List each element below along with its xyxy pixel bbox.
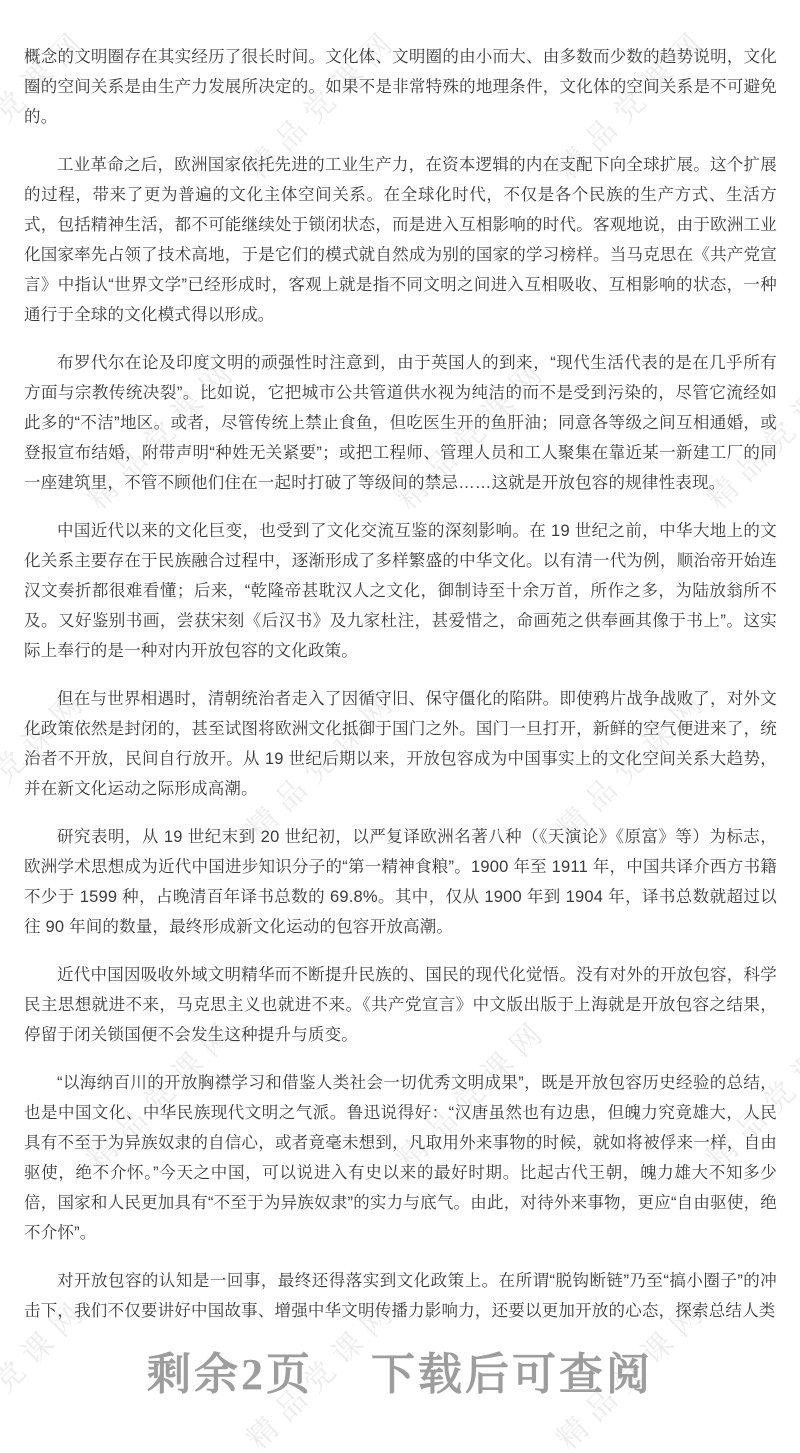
document-content: 概念的文明圈存在其实经历了很长时间。文化体、文明圈的由小而大、由多数而少数的趋势… bbox=[24, 42, 777, 1344]
paragraph: 中国近代以来的文化巨变，也受到了文化交流互鉴的深刻影响。在 19 世纪之前，中华… bbox=[24, 516, 777, 666]
paragraph: 概念的文明圈存在其实经历了很长时间。文化体、文明圈的由小而大、由多数而少数的趋势… bbox=[24, 42, 777, 132]
remaining-pages-banner: 剩余2页下载后可查阅 bbox=[0, 1338, 800, 1402]
document-page: 精品党课网精品党课网精品党课网精品党课网精品党课网精品党课网精品党课网精品党课网… bbox=[0, 0, 800, 1453]
paragraph: 布罗代尔在论及印度文明的顽强性时注意到，由于英国人的到来，“现代生活代表的是在几… bbox=[24, 348, 777, 498]
paragraph: 工业革命之后，欧洲国家依托先进的工业生产力，在资本逻辑的内在支配下向全球扩展。这… bbox=[24, 150, 777, 330]
paragraph: 研究表明，从 19 世纪末到 20 世纪初，以严复译欧洲名著八种（《天演论》《原… bbox=[24, 822, 777, 942]
paragraph: “以海纳百川的开放胸襟学习和借鉴人类社会一切优秀文明成果”，既是开放包容历史经验… bbox=[24, 1068, 777, 1248]
download-hint-text: 下载后可查阅 bbox=[371, 1350, 653, 1399]
paragraph: 但在与世界相遇时，清朝统治者走入了因循守旧、保守僵化的陷阱。即使鸦片战争战败了，… bbox=[24, 684, 777, 804]
remaining-pages-text: 剩余2页 bbox=[147, 1350, 313, 1399]
paragraph: 近代中国因吸收外域文明精华而不断提升民族的、国民的现代化觉悟。没有对外的开放包容… bbox=[24, 960, 777, 1050]
paragraph: 对开放包容的认知是一回事，最终还得落实到文化政策上。在所谓“脱钩断链”乃至“搞小… bbox=[24, 1266, 777, 1326]
